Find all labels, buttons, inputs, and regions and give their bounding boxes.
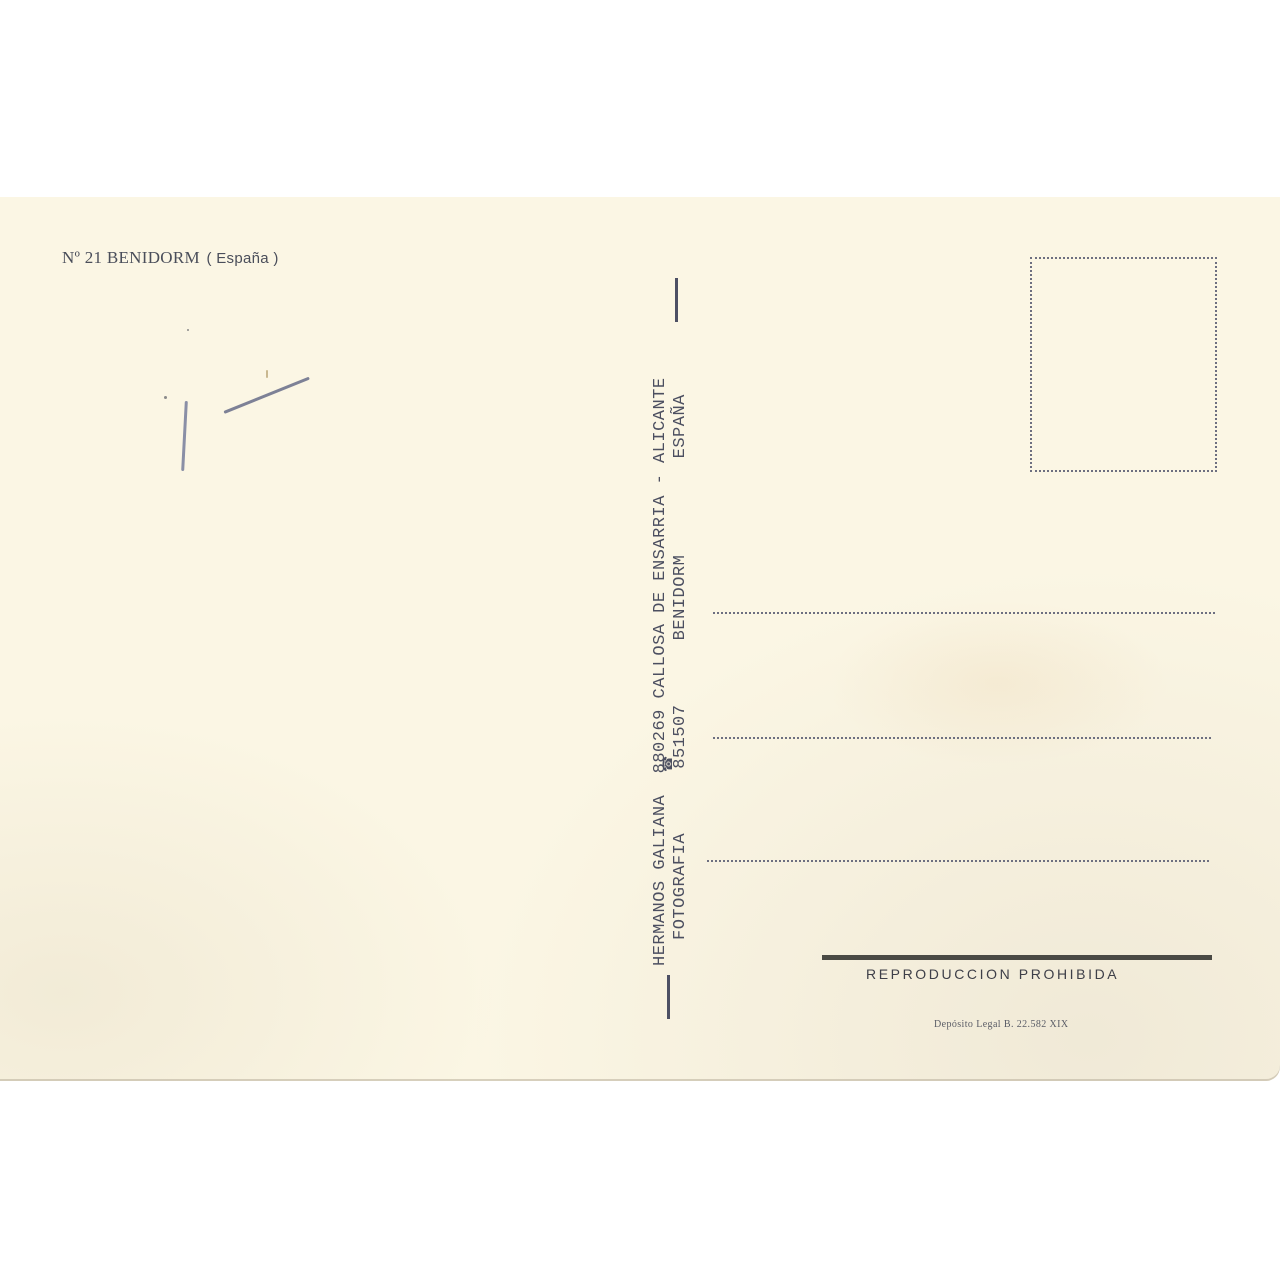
publisher-line-2: FOTOGRAFIA 851507 BENIDORM ESPAÑA: [672, 394, 690, 940]
publisher-line-1: HERMANOS GALIANA 880269 CALLOSA DE ENSAR…: [652, 377, 670, 966]
pen-dot: [164, 396, 167, 399]
address-line-3: [707, 860, 1209, 862]
reproduction-notice: REPRODUCCION PROHIBIDA: [866, 966, 1119, 982]
publisher-type: FOTOGRAFIA: [671, 833, 690, 940]
stamp-box: [1030, 257, 1217, 472]
publisher-name: HERMANOS GALIANA: [651, 795, 670, 966]
publisher-city: BENIDORM: [671, 555, 690, 641]
telephone-icon: ☎: [661, 758, 675, 772]
divider-bar-bottom: [667, 975, 670, 1019]
postcard-title: Nº 21 BENIDORM ( España ): [62, 248, 279, 268]
title-number: Nº 21 BENIDORM: [62, 248, 200, 267]
pen-dot: [266, 370, 268, 378]
legal-deposit: Depósito Legal B. 22.582 XIX: [934, 1019, 1069, 1030]
address-line-2: [713, 737, 1211, 739]
title-country: ( España ): [206, 250, 278, 267]
address-line-1: [713, 612, 1215, 614]
reproduction-bar: [822, 955, 1212, 960]
divider-bar-top: [675, 278, 678, 322]
publisher-address: CALLOSA DE ENSARRIA - ALICANTE: [651, 377, 670, 698]
pen-dot: [187, 329, 189, 331]
publisher-country: ESPAÑA: [671, 394, 690, 458]
